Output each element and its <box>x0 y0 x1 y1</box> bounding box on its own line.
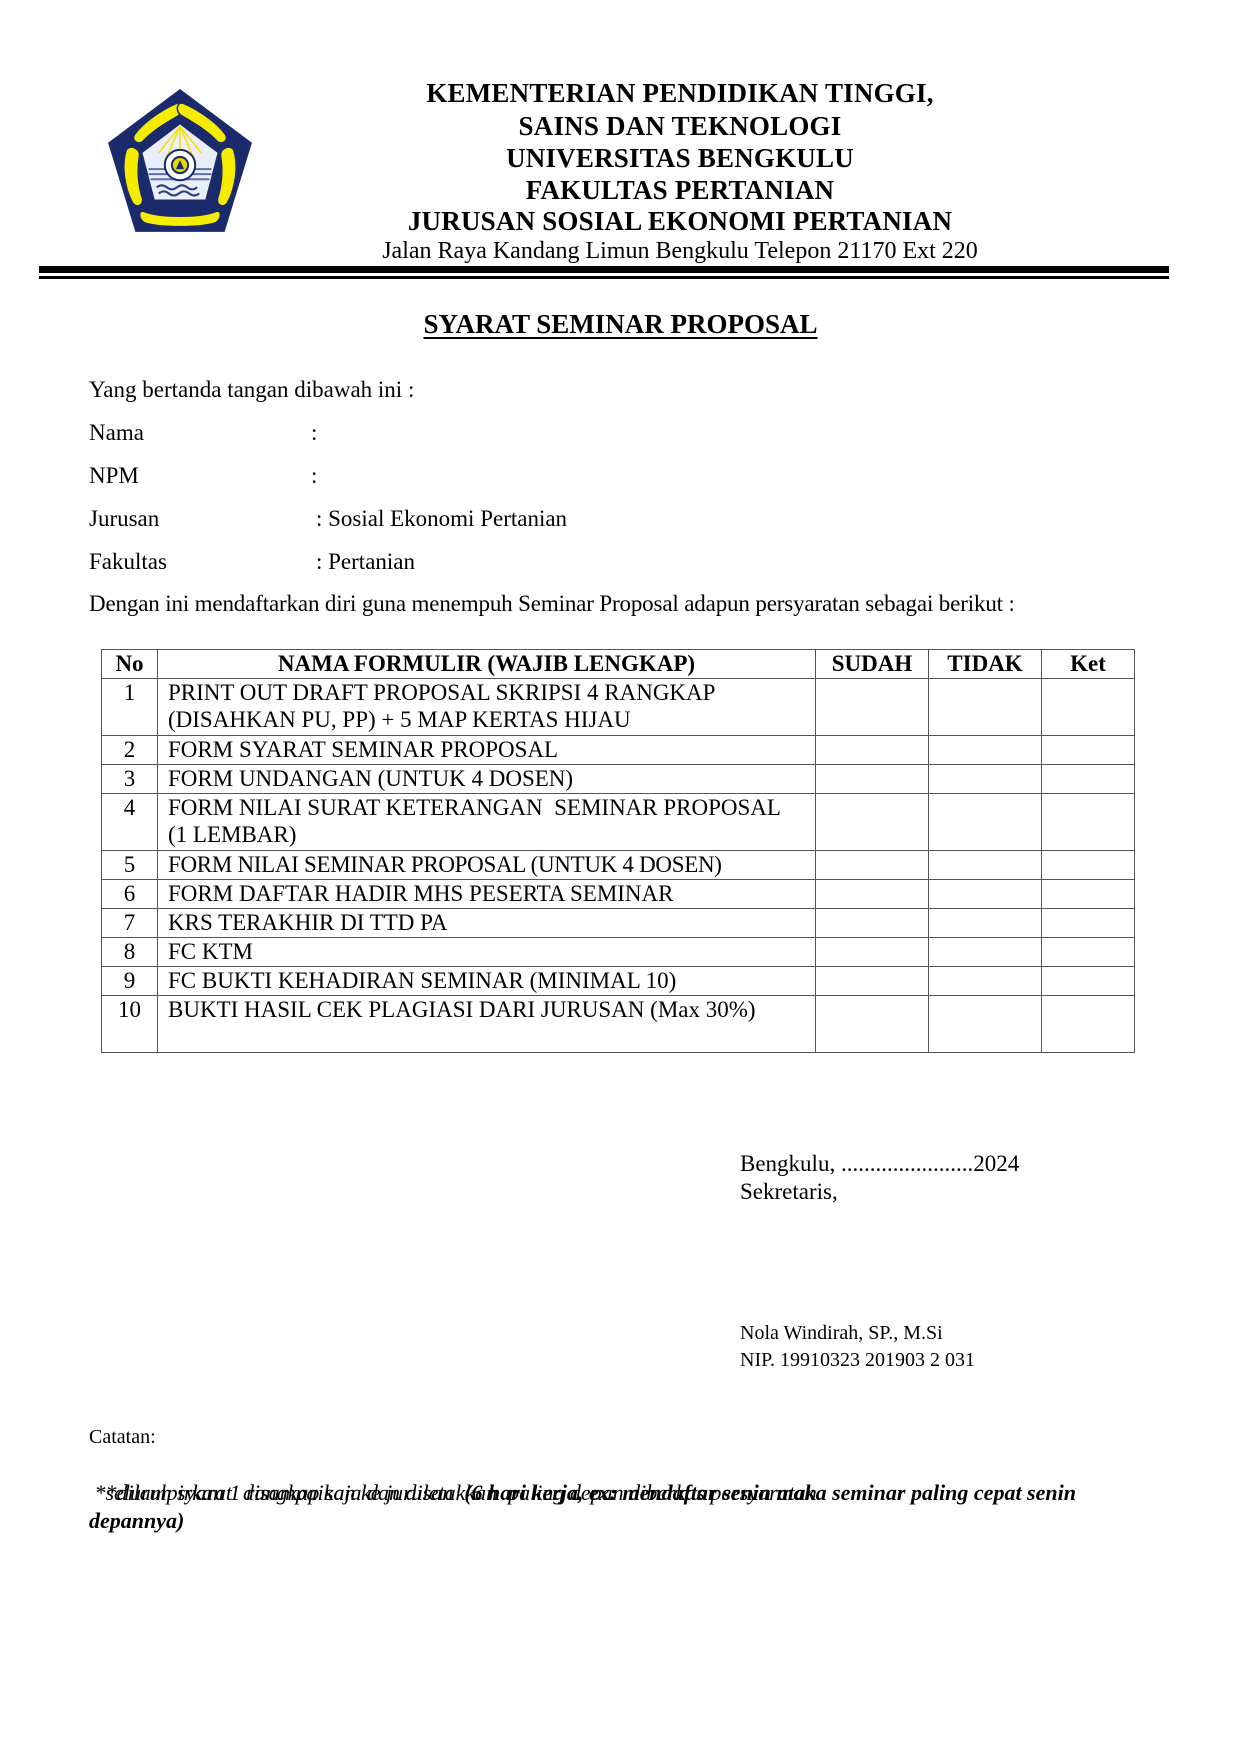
row-sudah-cell[interactable] <box>816 679 929 736</box>
row-form-name: FORM DAFTAR HADIR MHS PESERTA SEMINAR <box>158 880 816 909</box>
row-no: 2 <box>102 736 158 765</box>
row-tidak-cell[interactable] <box>929 765 1042 794</box>
pentagon-emblem-icon <box>104 86 256 238</box>
row-tidak-cell[interactable] <box>929 794 1042 851</box>
row-no: 4 <box>102 794 158 851</box>
letterhead-address: Jalan Raya Kandang Limun Bengkulu Telepo… <box>340 237 1020 265</box>
row-ket-cell[interactable] <box>1042 679 1135 736</box>
row-form-name: FC BUKTI KEHADIRAN SEMINAR (MINIMAL 10) <box>158 967 816 996</box>
row-form-name: FORM UNDANGAN (UNTUK 4 DOSEN) <box>158 765 816 794</box>
row-tidak-cell[interactable] <box>929 909 1042 938</box>
field-label-jurusan: Jurusan <box>89 505 159 533</box>
row-tidak-cell[interactable] <box>929 736 1042 765</box>
university-logo <box>104 86 256 238</box>
row-form-name: BUKTI HASIL CEK PLAGIASI DARI JURUSAN (M… <box>158 996 816 1053</box>
table-row: 6 FORM DAFTAR HADIR MHS PESERTA SEMINAR <box>102 880 1135 909</box>
field-label-fakultas: Fakultas <box>89 548 167 576</box>
note-text: *seluruh syarat disampaikan ke jurusan <box>89 1480 464 1505</box>
field-value-jurusan: : Sosial Ekonomi Pertanian <box>316 505 567 533</box>
row-sudah-cell[interactable] <box>816 736 929 765</box>
page-title: SYARAT SEMINAR PROPOSAL <box>0 308 1241 340</box>
page-title-text: SYARAT SEMINAR PROPOSAL <box>423 309 817 339</box>
row-form-name: FORM NILAI SURAT KETERANGAN SEMINAR PROP… <box>158 794 816 851</box>
row-tidak-cell[interactable] <box>929 938 1042 967</box>
row-ket-cell[interactable] <box>1042 909 1135 938</box>
row-ket-cell[interactable] <box>1042 880 1135 909</box>
header-no: No <box>102 650 158 679</box>
table-row: 2 FORM SYARAT SEMINAR PROPOSAL <box>102 736 1135 765</box>
header-ket: Ket <box>1042 650 1135 679</box>
note-item: *seluruh syarat disampaikan ke jurusan (… <box>89 1479 1169 1535</box>
row-form-name: KRS TERAKHIR DI TTD PA <box>158 909 816 938</box>
row-sudah-cell[interactable] <box>816 967 929 996</box>
table-row: 4 FORM NILAI SURAT KETERANGAN SEMINAR PR… <box>102 794 1135 851</box>
row-sudah-cell[interactable] <box>816 851 929 880</box>
row-ket-cell[interactable] <box>1042 794 1135 851</box>
letterhead-ministry: KEMENTERIAN PENDIDIKAN TINGGI, <box>340 78 1020 109</box>
signature-place-date: Bengkulu, .......................2024 <box>740 1150 1019 1178</box>
row-no: 9 <box>102 967 158 996</box>
field-value-npm[interactable]: : <box>311 462 317 490</box>
table-row: 5 FORM NILAI SEMINAR PROPOSAL (UNTUK 4 D… <box>102 851 1135 880</box>
table-row: 3 FORM UNDANGAN (UNTUK 4 DOSEN) <box>102 765 1135 794</box>
requirements-table: No NAMA FORMULIR (WAJIB LENGKAP) SUDAH T… <box>101 649 1135 1053</box>
letterhead-faculty: FAKULTAS PERTANIAN <box>340 175 1020 206</box>
letterhead-university: UNIVERSITAS BENGKULU <box>340 143 1020 174</box>
field-value-nama[interactable]: : <box>311 419 317 447</box>
letterhead-divider-thin <box>39 276 1169 279</box>
row-ket-cell[interactable] <box>1042 765 1135 794</box>
table-row: 10 BUKTI HASIL CEK PLAGIASI DARI JURUSAN… <box>102 996 1135 1053</box>
letterhead-divider <box>39 266 1169 273</box>
row-tidak-cell[interactable] <box>929 967 1042 996</box>
row-sudah-cell[interactable] <box>816 794 929 851</box>
row-ket-cell[interactable] <box>1042 996 1135 1053</box>
row-tidak-cell[interactable] <box>929 996 1042 1053</box>
row-ket-cell[interactable] <box>1042 736 1135 765</box>
row-tidak-cell[interactable] <box>929 679 1042 736</box>
header-form-name: NAMA FORMULIR (WAJIB LENGKAP) <box>158 650 816 679</box>
row-no: 10 <box>102 996 158 1053</box>
row-ket-cell[interactable] <box>1042 938 1135 967</box>
intro-text: Yang bertanda tangan dibawah ini : <box>89 376 414 404</box>
row-no: 3 <box>102 765 158 794</box>
field-label-nama: Nama <box>89 419 144 447</box>
row-sudah-cell[interactable] <box>816 880 929 909</box>
row-no: 1 <box>102 679 158 736</box>
letterhead-ministry-cont: SAINS DAN TEKNOLOGI <box>340 111 1020 142</box>
table-row: 1 PRINT OUT DRAFT PROPOSAL SKRIPSI 4 RAN… <box>102 679 1135 736</box>
row-no: 7 <box>102 909 158 938</box>
row-form-name: FC KTM <box>158 938 816 967</box>
signatory-nip: NIP. 19910323 201903 2 031 <box>740 1347 975 1373</box>
row-tidak-cell[interactable] <box>929 880 1042 909</box>
signatory-name: Nola Windirah, SP., M.Si <box>740 1320 943 1346</box>
row-ket-cell[interactable] <box>1042 851 1135 880</box>
signature-role: Sekretaris, <box>740 1178 838 1206</box>
row-sudah-cell[interactable] <box>816 765 929 794</box>
row-sudah-cell[interactable] <box>816 996 929 1053</box>
row-sudah-cell[interactable] <box>816 909 929 938</box>
table-row: 9 FC BUKTI KEHADIRAN SEMINAR (MINIMAL 10… <box>102 967 1135 996</box>
row-form-name: PRINT OUT DRAFT PROPOSAL SKRIPSI 4 RANGK… <box>158 679 816 736</box>
row-form-name: FORM SYARAT SEMINAR PROPOSAL <box>158 736 816 765</box>
row-tidak-cell[interactable] <box>929 851 1042 880</box>
letterhead-department: JURUSAN SOSIAL EKONOMI PERTANIAN <box>340 206 1020 237</box>
header-sudah: SUDAH <box>816 650 929 679</box>
table-row: 7 KRS TERAKHIR DI TTD PA <box>102 909 1135 938</box>
row-sudah-cell[interactable] <box>816 938 929 967</box>
field-label-npm: NPM <box>89 462 139 490</box>
table-row: 8 FC KTM <box>102 938 1135 967</box>
field-value-fakultas: : Pertanian <box>316 548 415 576</box>
row-no: 8 <box>102 938 158 967</box>
notes-heading: Catatan: <box>89 1424 156 1450</box>
row-no: 5 <box>102 851 158 880</box>
row-form-name: FORM NILAI SEMINAR PROPOSAL (UNTUK 4 DOS… <box>158 851 816 880</box>
row-no: 6 <box>102 880 158 909</box>
registration-statement: Dengan ini mendaftarkan diri guna menemp… <box>89 590 1015 618</box>
table-header-row: No NAMA FORMULIR (WAJIB LENGKAP) SUDAH T… <box>102 650 1135 679</box>
header-tidak: TIDAK <box>929 650 1042 679</box>
row-ket-cell[interactable] <box>1042 967 1135 996</box>
